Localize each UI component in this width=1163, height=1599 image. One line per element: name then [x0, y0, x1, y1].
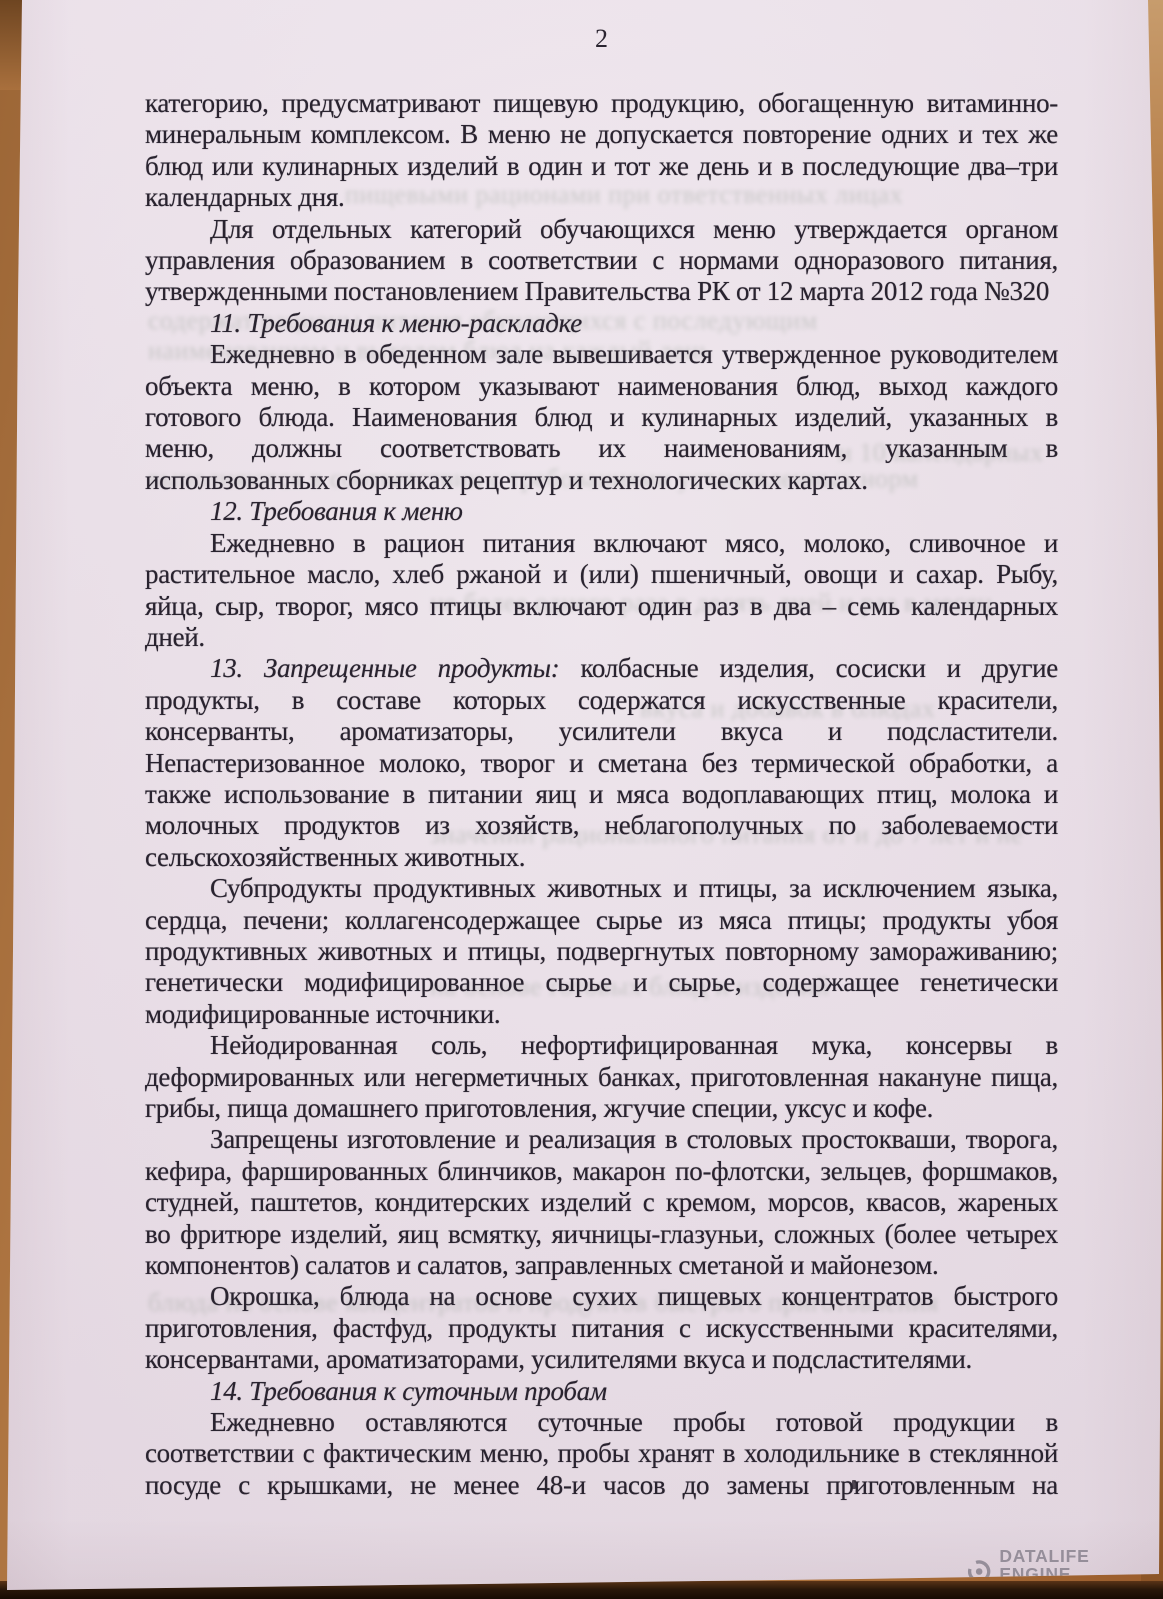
- photo-of-document: 2 пищевыми рационами при ответственных л…: [0, 0, 1163, 1599]
- text-line: Окрошка, блюда на основе сухих пищевых к…: [145, 1281, 1058, 1312]
- text-line: яйца, сыр, творог, мясо птицы включают о…: [145, 591, 1058, 622]
- text-line: использованных сборниках рецептур и техн…: [145, 465, 1058, 496]
- text-line: 12. Требования к меню: [145, 496, 1058, 527]
- text-line: Для отдельных категорий обучающихся меню…: [145, 214, 1058, 245]
- text-line: консерванты, ароматизаторы, усилители вк…: [145, 716, 1058, 747]
- text-line: молочных продуктов из хозяйств, неблагоп…: [145, 810, 1058, 841]
- text-line: приготовления, фастфуд, продукты питания…: [145, 1313, 1058, 1344]
- document-text: категорию, предусматривают пищевую проду…: [145, 88, 1058, 1501]
- text-line: блюд или кулинарных изделий в один и тот…: [145, 151, 1058, 182]
- text-line: 14. Требования к суточным пробам: [145, 1376, 1058, 1407]
- text-line: Непастеризованное молоко, творог и смета…: [145, 748, 1058, 779]
- document-page: 2 пищевыми рационами при ответственных л…: [0, 0, 1163, 1599]
- page-number: 2: [145, 24, 1058, 54]
- text-line: объекта меню, в котором указывают наимен…: [145, 371, 1058, 402]
- text-line: меню, должны соответствовать их наименов…: [145, 433, 1058, 464]
- text-line: посуде с крышками, не менее 48-и часов д…: [145, 1470, 1058, 1501]
- text-line: продуктивных животных и птицы, подвергну…: [145, 936, 1058, 967]
- text-line: готового блюда. Наименования блюд и кули…: [145, 402, 1058, 433]
- text-line: утвержденными постановлением Правительст…: [145, 276, 1058, 307]
- text-line: Ежедневно в рацион питания включают мясо…: [145, 528, 1058, 559]
- text-line: календарных дня.: [145, 182, 1058, 213]
- text-line: дней.: [145, 622, 1058, 653]
- text-line: Нейодированная соль, нефортифицированная…: [145, 1030, 1058, 1061]
- text-line: сердца, печени; коллагенсодержащее сырье…: [145, 905, 1058, 936]
- paper-speck: [852, 1480, 856, 1489]
- text-line: продукты, в составе которых содержатся и…: [145, 685, 1058, 716]
- text-line: кефира, фаршированных блинчиков, макарон…: [145, 1156, 1058, 1187]
- text-line: управления образованием в соответствии с…: [145, 245, 1058, 276]
- text-line: генетически модифицированное сырье и сыр…: [145, 967, 1058, 998]
- text-line: категорию, предусматривают пищевую проду…: [145, 88, 1058, 119]
- text-line: Запрещены изготовление и реализация в ст…: [145, 1124, 1058, 1155]
- text-line: консервантами, ароматизаторами, усилител…: [145, 1344, 1058, 1375]
- text-line: сельскохозяйственных животных.: [145, 842, 1058, 873]
- text-line: Ежедневно в обеденном зале вывешивается …: [145, 339, 1058, 370]
- text-line: модифицированные источники.: [145, 999, 1058, 1030]
- text-line: деформированных или негерметичных банках…: [145, 1062, 1058, 1093]
- text-line: грибы, пища домашнего приготовления, жгу…: [145, 1093, 1058, 1124]
- text-line: компонентов) салатов и салатов, заправле…: [145, 1250, 1058, 1281]
- text-line: 11. Требования к меню-раскладке: [145, 308, 1058, 339]
- text-line: также использование в питании яиц и мяса…: [145, 779, 1058, 810]
- text-line: минеральным комплексом. В меню не допуск…: [145, 119, 1058, 150]
- text-line: 13. Запрещенные продукты: колбасные изде…: [145, 653, 1058, 684]
- text-line: соответствии с фактическим меню, пробы х…: [145, 1438, 1058, 1469]
- text-line: во фритюре изделий, яиц всмятку, яичницы…: [145, 1219, 1058, 1250]
- watermark-title: DATALIFE ENGINE: [999, 1548, 1163, 1583]
- text-line: растительное масло, хлеб ржаной и (или) …: [145, 559, 1058, 590]
- text-line: Субпродукты продуктивных животных и птиц…: [145, 873, 1058, 904]
- text-line: Ежедневно оставляются суточные пробы гот…: [145, 1407, 1058, 1438]
- text-line: студней, паштетов, кондитерских изделий …: [145, 1187, 1058, 1218]
